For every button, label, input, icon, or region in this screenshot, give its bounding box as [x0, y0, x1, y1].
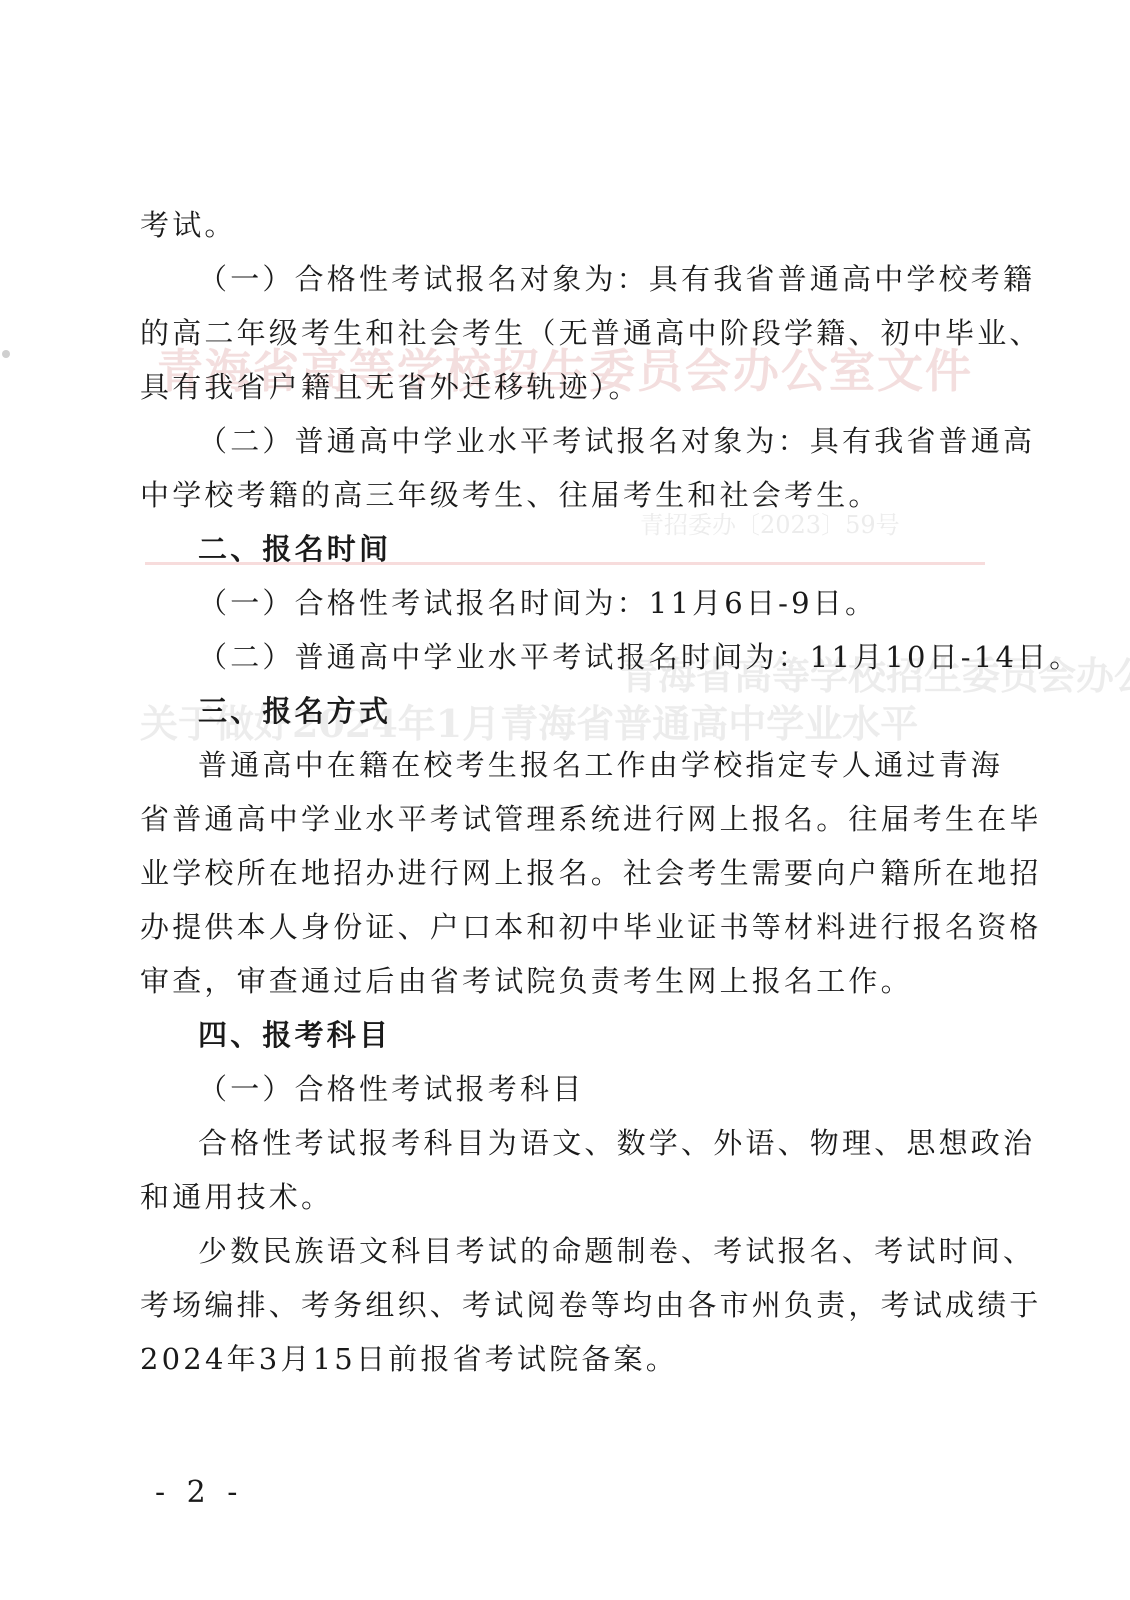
- paragraph-line: 中学校考籍的高三年级考生、往届考生和社会考生。: [140, 475, 881, 515]
- paragraph-line: 考场编排、考务组织、考试阅卷等均由各市州负责，考试成绩于: [140, 1285, 1042, 1325]
- paragraph-line: 考试。: [140, 205, 237, 245]
- scan-artifact: [2, 350, 10, 358]
- paragraph-line: 少数民族语文科目考试的命题制卷、考试报名、考试时间、: [198, 1231, 1035, 1271]
- paragraph-line: 2024年3月15日前报省考试院备案。: [140, 1339, 678, 1379]
- paragraph-line: 业学校所在地招办进行网上报名。社会考生需要向户籍所在地招: [140, 853, 1042, 893]
- paragraph-line: （二）普通高中学业水平考试报名对象为：具有我省普通高: [198, 421, 1035, 461]
- paragraph-line: 的高二年级考生和社会考生（无普通高中阶段学籍、初中毕业、: [140, 313, 1042, 353]
- paragraph-line: 普通高中在籍在校考生报名工作由学校指定专人通过青海: [198, 745, 1003, 785]
- paragraph-line: 省普通高中学业水平考试管理系统进行网上报名。往届考生在毕: [140, 799, 1042, 839]
- paragraph-line: 办提供本人身份证、户口本和初中毕业证书等材料进行报名资格: [140, 907, 1042, 947]
- paragraph-line: 具有我省户籍且无省外迁移轨迹）。: [140, 367, 641, 407]
- section-heading-registration-time: 二、报名时间: [198, 529, 391, 569]
- section-heading-registration-method: 三、报名方式: [198, 691, 391, 731]
- paragraph-line: 合格性考试报考科目为语文、数学、外语、物理、思想政治: [198, 1123, 1035, 1163]
- paragraph-line: （一）合格性考试报名对象为：具有我省普通高中学校考籍: [198, 259, 1035, 299]
- subsection-heading: （一）合格性考试报考科目: [198, 1069, 584, 1109]
- paragraph-line: 审查，审查通过后由省考试院负责考生网上报名工作。: [140, 961, 913, 1001]
- page-number: - 2 -: [155, 1475, 243, 1510]
- paragraph-line: （一）合格性考试报名时间为：11月6日-9日。: [198, 583, 877, 623]
- paragraph-line: （二）普通高中学业水平考试报名时间为：11月10日-14日。: [198, 637, 1082, 677]
- paragraph-line: 和通用技术。: [140, 1177, 333, 1217]
- section-heading-exam-subjects: 四、报考科目: [198, 1015, 391, 1055]
